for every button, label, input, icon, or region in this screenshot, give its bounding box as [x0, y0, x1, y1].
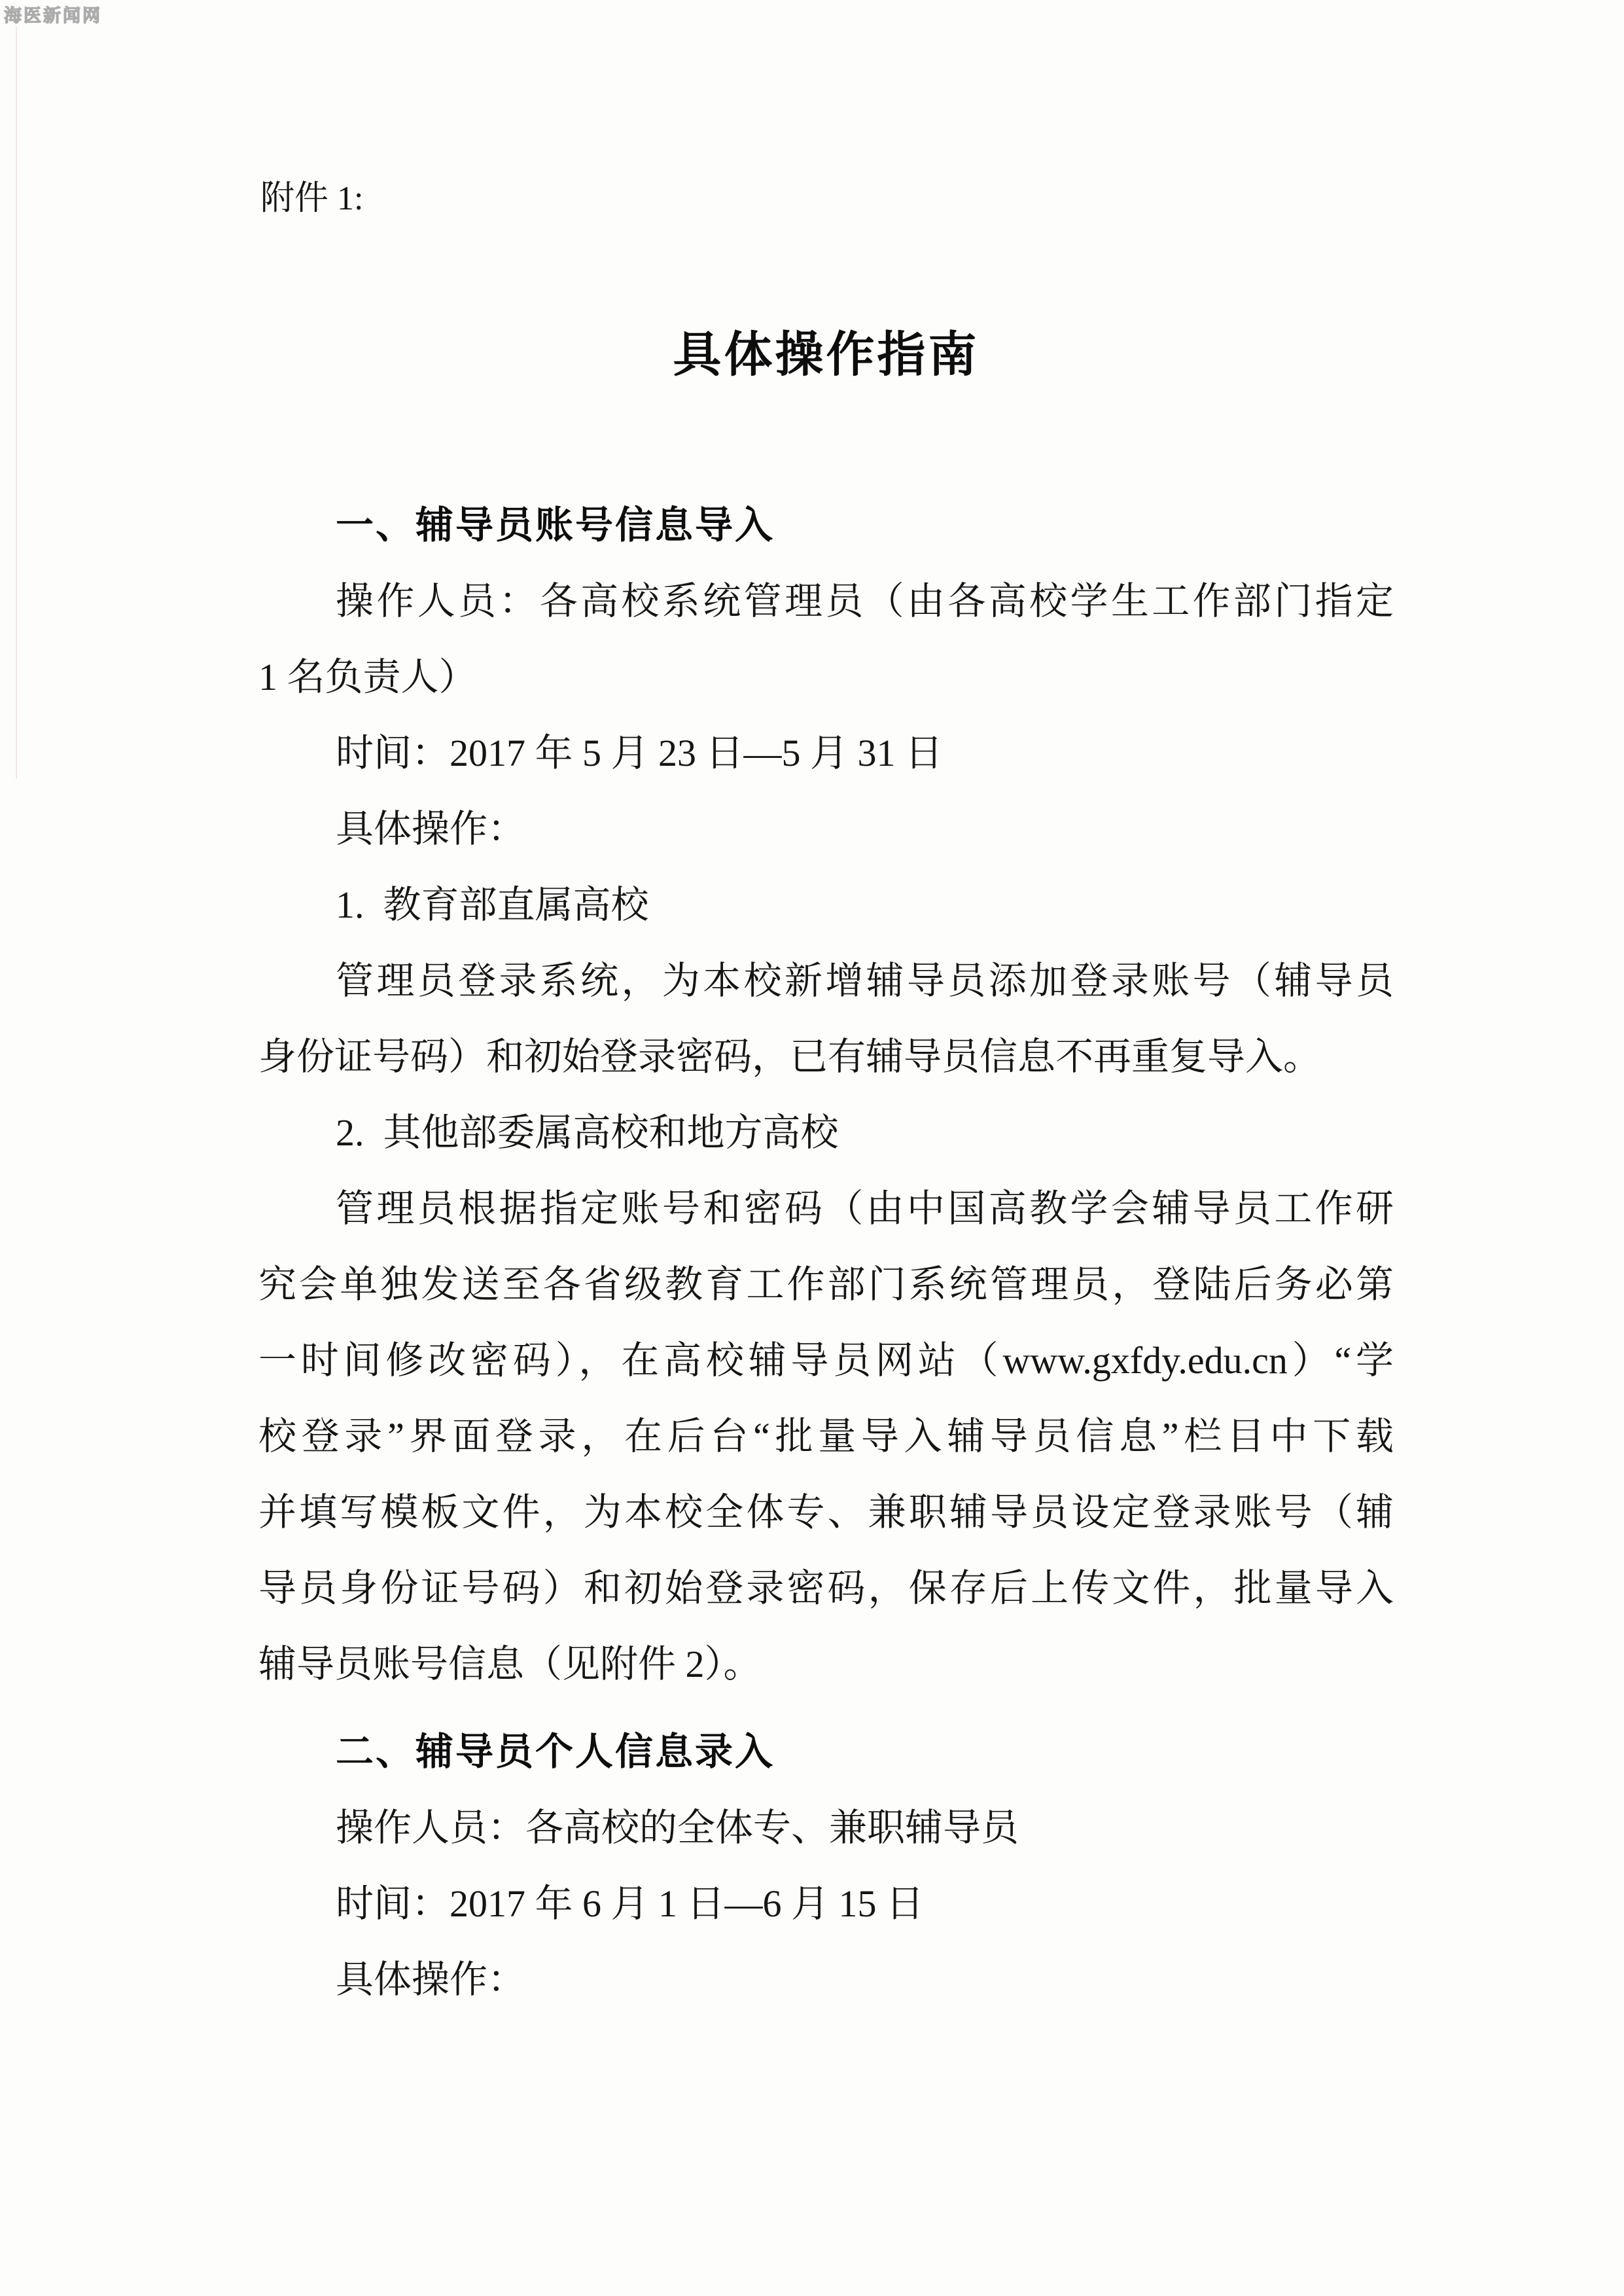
item-2-line-3: 一时间修改密码），在高校辅导员网站（www.gxfdy.edu.cn）“学: [258, 1323, 1394, 1399]
item-2-line-2: 究会单独发送至各省级教育工作部门系统管理员，登陆后务必第: [258, 1247, 1394, 1323]
section-1-ops-label: 具体操作：: [258, 791, 1394, 867]
section-1-operator-line-1: 操作人员：各高校系统管理员（由各高校学生工作部门指定: [258, 564, 1394, 639]
item-2-line-4: 校登录”界面登录，在后台“批量导入辅导员信息”栏目中下载: [258, 1399, 1394, 1475]
document-page: 海医新闻网 附件 1: 具体操作指南 一、辅导员账号信息导入 操作人员：各高校系…: [0, 0, 1624, 2296]
section-2-heading: 二、辅导员个人信息录入: [258, 1714, 1394, 1790]
section-2-operator-line: 操作人员：各高校的全体专、兼职辅导员: [258, 1790, 1394, 1866]
watermark: 海医新闻网: [4, 1, 102, 27]
page-title: 具体操作指南: [258, 322, 1394, 387]
item-2-line-7: 辅导员账号信息（见附件 2）。: [258, 1626, 1394, 1702]
item-1-line-2: 身份证号码）和初始登录密码，已有辅导员信息不再重复导入。: [258, 1019, 1394, 1095]
item-2-line-1: 管理员根据指定账号和密码（由中国高教学会辅导员工作研: [258, 1171, 1394, 1247]
section-1-time-line: 时间：2017 年 5 月 23 日—5 月 31 日: [258, 715, 1394, 791]
item-1-heading: 1. 教育部直属高校: [258, 867, 1394, 943]
attachment-label: 附件 1:: [260, 176, 363, 222]
section-1-heading: 一、辅导员账号信息导入: [258, 488, 1394, 564]
item-2-line-5: 并填写模板文件，为本校全体专、兼职辅导员设定登录账号（辅: [258, 1475, 1394, 1551]
scan-artifact-line: [16, 26, 17, 779]
item-2-heading: 2. 其他部委属高校和地方高校: [258, 1095, 1394, 1171]
section-2-ops-label: 具体操作：: [258, 1942, 1394, 2018]
item-2-line-6: 导员身份证号码）和初始登录密码，保存后上传文件，批量导入: [258, 1551, 1394, 1626]
section-1-operator-line-2: 1 名负责人）: [258, 639, 1394, 715]
item-1-line-1: 管理员登录系统，为本校新增辅导员添加登录账号（辅导员: [258, 943, 1394, 1019]
section-2-time-line: 时间：2017 年 6 月 1 日—6 月 15 日: [258, 1866, 1394, 1942]
